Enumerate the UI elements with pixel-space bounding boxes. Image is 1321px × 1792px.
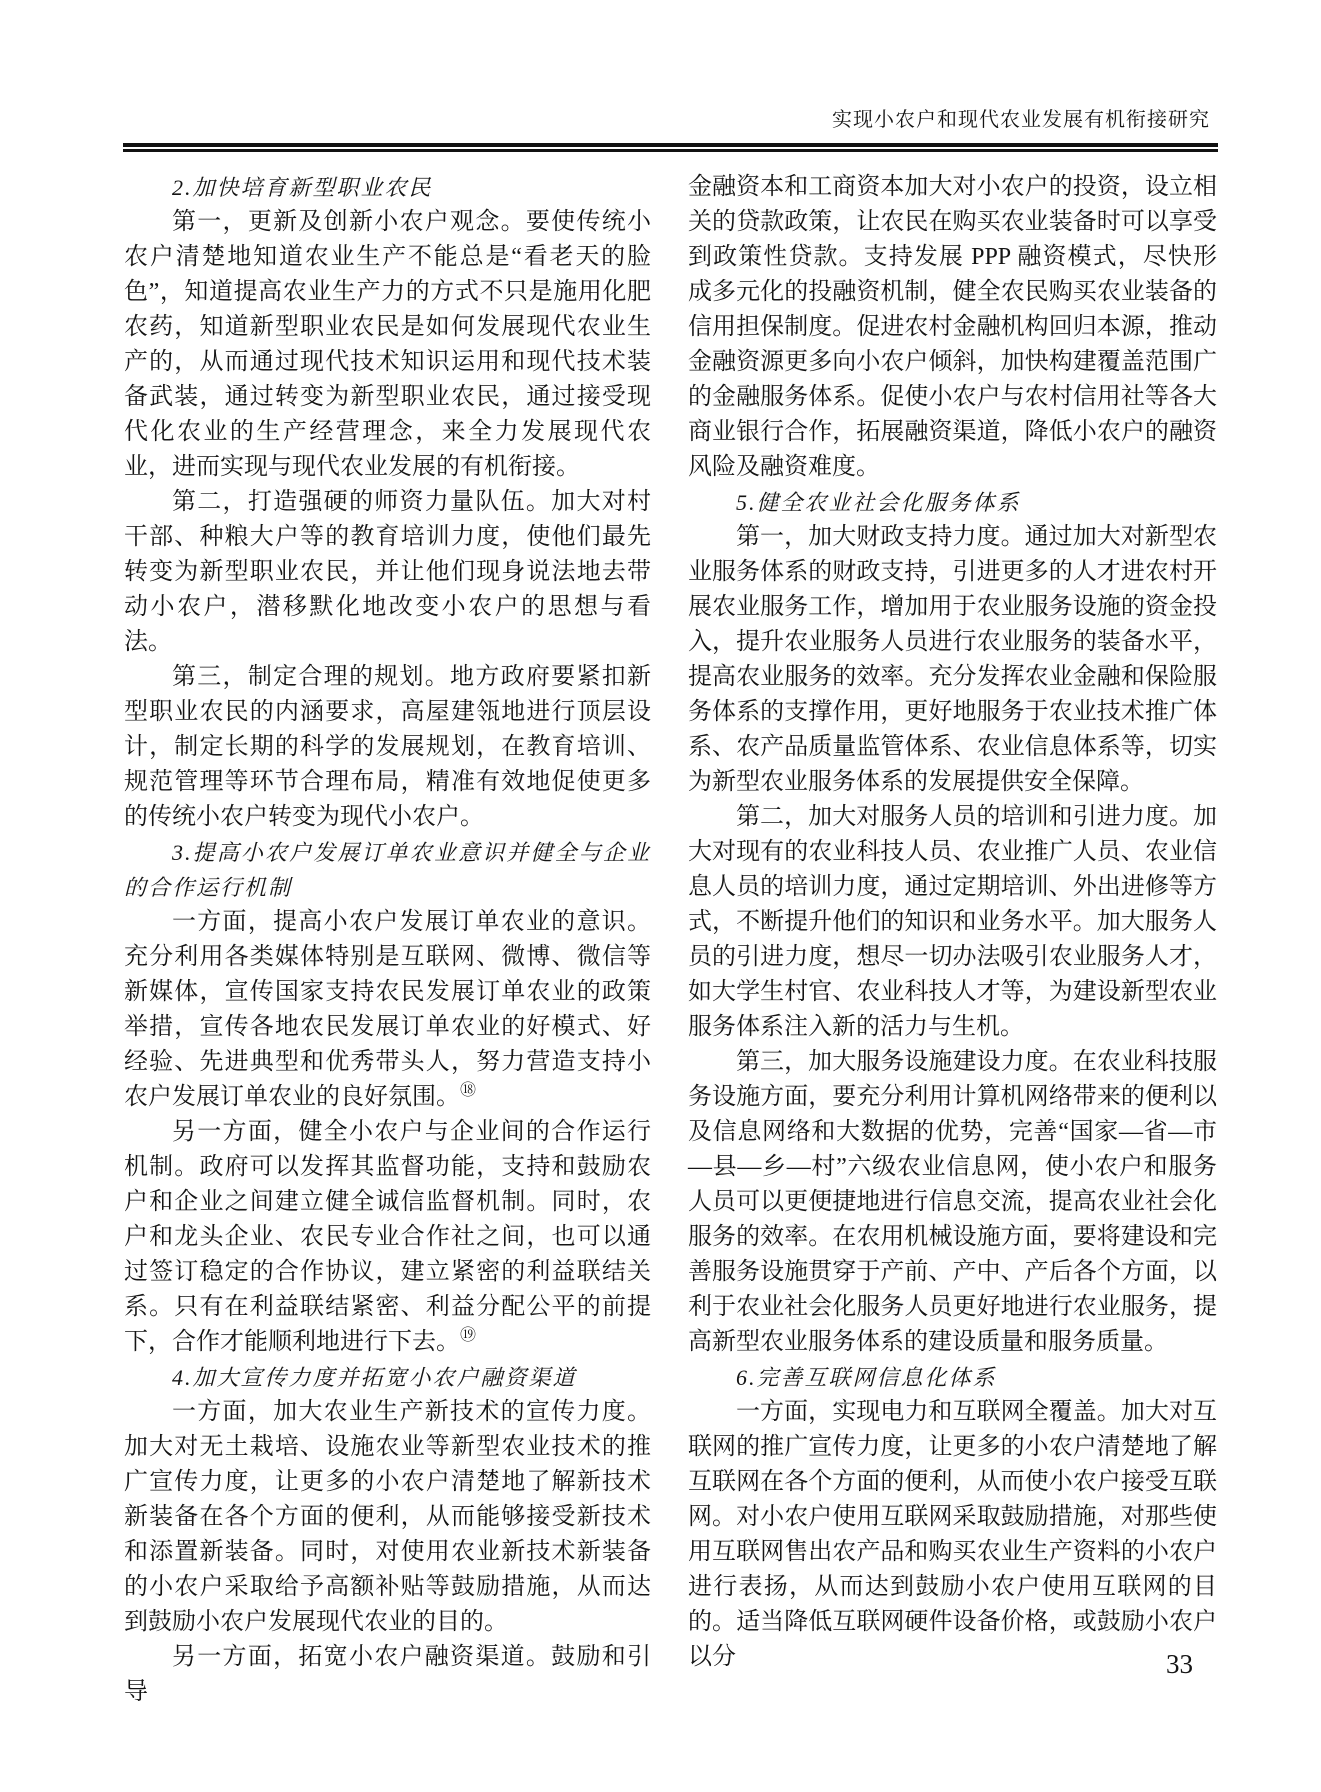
- footnote-ref: ⑲: [460, 1327, 476, 1344]
- paragraph: 一方面，实现电力和互联网全覆盖。加大对互联网的推广宣传力度，让更多的小农户清楚地…: [688, 1395, 1217, 1675]
- right-column: 金融资本和工商资本加大对小农户的投资，设立相关的贷款政策，让农民在购买农业装备时…: [688, 170, 1217, 1710]
- footnote-ref: ⑱: [460, 1082, 476, 1099]
- paragraph: 第二，加大对服务人员的培训和引进力度。加大对现有的农业科技人员、农业推广人员、农…: [688, 800, 1217, 1045]
- section-heading: 2.加快培育新型职业农民: [124, 170, 651, 205]
- section-heading: 5.健全农业社会化服务体系: [688, 485, 1217, 520]
- left-column: 2.加快培育新型职业农民第一，更新及创新小农户观念。要使传统小农户清楚地知道农业…: [124, 170, 651, 1710]
- paragraph: 第二，打造强硬的师资力量队伍。加大对村干部、种粮大户等的教育培训力度，使他们最先…: [124, 485, 651, 660]
- section-heading: 3.提高小农户发展订单农业意识并健全与企业的合作运行机制: [124, 835, 651, 905]
- running-title: 实现小农户和现代农业发展有机衔接研究: [124, 106, 1210, 134]
- paragraph: 第三，加大服务设施建设力度。在农业科技服务设施方面，要充分利用计算机网络带来的便…: [688, 1045, 1217, 1360]
- paragraph: 一方面，提高小农户发展订单农业的意识。充分利用各类媒体特别是互联网、微博、微信等…: [124, 905, 651, 1115]
- text-columns: 2.加快培育新型职业农民第一，更新及创新小农户观念。要使传统小农户清楚地知道农业…: [124, 170, 1217, 1710]
- paragraph: 第一，更新及创新小农户观念。要使传统小农户清楚地知道农业生产不能总是“看老天的脸…: [124, 205, 651, 485]
- paragraph: 一方面，加大农业生产新技术的宣传力度。加大对无土栽培、设施农业等新型农业技术的推…: [124, 1395, 651, 1640]
- page: { "page": { "running_title": "实现小农户和现代农业…: [0, 0, 1321, 1792]
- header-rule: [123, 143, 1218, 152]
- paragraph: 另一方面，健全小农户与企业间的合作运行机制。政府可以发挥其监督功能，支持和鼓励农…: [124, 1115, 651, 1360]
- paragraph-continuation: 金融资本和工商资本加大对小农户的投资，设立相关的贷款政策，让农民在购买农业装备时…: [688, 170, 1217, 485]
- paragraph: 第三，制定合理的规划。地方政府要紧扣新型职业农民的内涵要求，高屋建瓴地进行顶层设…: [124, 660, 651, 835]
- section-heading: 4.加大宣传力度并拓宽小农户融资渠道: [124, 1360, 651, 1395]
- paragraph: 第一，加大财政支持力度。通过加大对新型农业服务体系的财政支持，引进更多的人才进农…: [688, 520, 1217, 800]
- section-heading: 6.完善互联网信息化体系: [688, 1360, 1217, 1395]
- page-number: 33: [124, 1650, 1193, 1678]
